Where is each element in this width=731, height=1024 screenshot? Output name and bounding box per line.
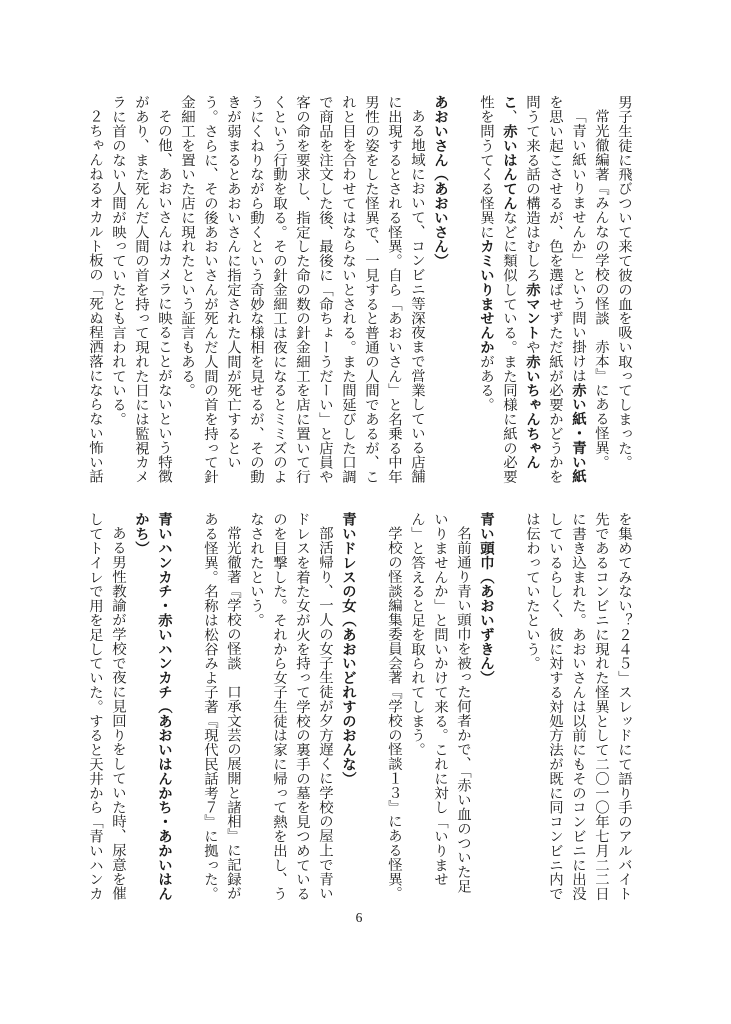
paragraph: 「青い紙いりませんか」という問い掛けは赤い紙・青い紙を思い起こさせるが、色を選ば… [474,95,589,484]
text-run: 名前通り青い頭巾を被った何者かで、「赤い血のついた足いりませんか」と問いかけて来… [409,512,471,894]
text-block-lower: を集めてみない？２４５」スレッドにて語り手のアルバイト先であるコンビニに現れた怪… [83,512,635,901]
text-run: 男子生徒に飛びついて来て彼の血を吸い取ってしまった。 [616,95,632,469]
text-run: 、 [501,109,517,123]
paragraph: ある男性教諭が学校で夜に見回りをしていた時、尿意を催してトイレで用を足していた。… [83,512,129,901]
text-run: その他、あおいさんはカメラに映ることがないという特徴があり、また死んだ人間の首を… [110,95,172,484]
paragraph: 常光徹編著『みんなの学校の怪談 赤本』にある怪異。 [589,95,612,484]
entry-heading: 青いドレスの女（あおいどれすのおんな） [336,512,359,901]
paragraph: その他、あおいさんはカメラに映ることがないという特徴があり、また死んだ人間の首を… [106,95,175,484]
paragraph: 常光徹著『学校の怪談 口承文芸の展開と諸相』に記録がある怪異。名称は松谷みよ子著… [198,512,244,901]
bold-term: 赤いはんてん [501,124,517,210]
text-run: 「青い紙いりませんか」という問い掛けは [570,109,586,383]
text-run: 部活帰り、一人の女子生徒が夕方遅くに学校の屋上で青いドレスを着た女が火を持って学… [248,512,333,901]
page-number: 6 [83,910,635,926]
bold-term: 青いドレスの女（あおいどれすのおんな） [340,512,356,786]
text-run: ２ちゃんねるオカルト板の「死ぬ程洒落にならない怖い話 [87,109,103,483]
text-run: 常光徹編著『みんなの学校の怪談 赤本』にある怪異。 [593,109,609,469]
entry-heading: 青い頭巾（あおいずきん） [474,512,497,901]
document-page: 男子生徒に飛びついて来て彼の血を吸い取ってしまった。常光徹編著『みんなの学校の怪… [0,0,731,1024]
text-block-upper: 男子生徒に飛びついて来て彼の血を吸い取ってしまった。常光徹編著『みんなの学校の怪… [83,95,635,484]
paragraph: を集めてみない？２４５」スレッドにて語り手のアルバイト先であるコンビニに現れた怪… [520,512,635,901]
text-run: 学校の怪談編集委員会著『学校の怪談１３』にある怪異。 [386,526,402,900]
paragraph: ２ちゃんねるオカルト板の「死ぬ程洒落にならない怖い話 [83,95,106,484]
bold-term: 青いハンカチ・赤いハンカチ（あおいはんかち・あかいはんかち） [133,512,172,901]
paragraph: 男子生徒に飛びついて来て彼の血を吸い取ってしまった。 [612,95,635,484]
entry-heading: あおいさん（あおいさん） [428,95,451,484]
entry-heading: 青いハンカチ・赤いハンカチ（あおいはんかち・あかいはんかち） [129,512,175,901]
paragraph: 部活帰り、一人の女子生徒が夕方遅くに学校の屋上で青いドレスを着た女が火を持って学… [244,512,336,901]
bold-term: 青い頭巾（あおいずきん） [478,512,494,685]
text-run: 常光徹著『学校の怪談 口承文芸の展開と諸相』に記録がある怪異。名称は松谷みよ子著… [202,512,241,901]
paragraph: ある地域において、コンビニ等深夜まで営業している店舗に出現するとされる怪異。自ら… [175,95,428,484]
paragraph: 学校の怪談編集委員会著『学校の怪談１３』にある怪異。 [382,512,405,901]
bold-term: カミいりませんか [478,239,494,354]
text-run: ある地域において、コンビニ等深夜まで営業している店舗に出現するとされる怪異。自ら… [179,95,425,484]
bold-term: あおいさん（あおいさん） [432,95,448,268]
text-run: や [524,340,540,354]
paragraph: 名前通り青い頭巾を被った何者かで、「赤い血のついた足いりませんか」と問いかけて来… [405,512,474,901]
text-run: ある男性教諭が学校で夜に見回りをしていた時、尿意を催してトイレで用を足していた。… [87,512,126,901]
text-run: がある。 [478,354,494,412]
text-run: を集めてみない？２４５」スレッドにて語り手のアルバイト先であるコンビニに現れた怪… [524,512,632,901]
bold-term: 赤マント [524,282,540,340]
bold-term: 赤い紙・青い紙 [570,383,586,484]
